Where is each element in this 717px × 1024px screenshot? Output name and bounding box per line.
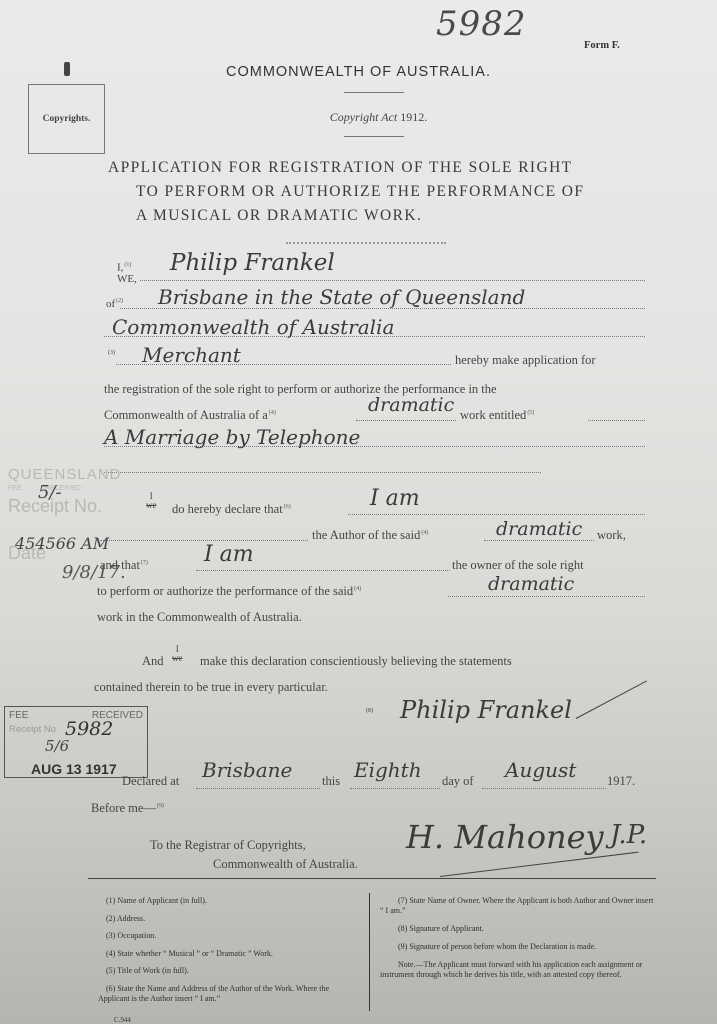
address-field-line-2[interactable]: Commonwealth of Australia: [112, 315, 394, 339]
declared-month-field[interactable]: August: [505, 758, 576, 782]
text-do-hereby-declare: do hereby declare that(6): [172, 502, 292, 517]
text-this: this: [322, 774, 340, 789]
occupation-footnote-mark: (3): [108, 350, 115, 356]
declared-place-field[interactable]: Brisbane: [202, 758, 292, 782]
form-code: C.944: [114, 1016, 131, 1024]
application-title-line: APPLICATION FOR REGISTRATION OF THE SOLE…: [108, 156, 648, 180]
note-item: Note.—The Applicant must forward with hi…: [380, 960, 656, 980]
text-and-that: and that(7): [100, 558, 149, 573]
author-work-kind-field[interactable]: dramatic: [496, 518, 582, 540]
author-line-a: [100, 540, 308, 541]
note-item: (2) Address.: [98, 914, 360, 924]
witness-title: J.P.: [610, 820, 647, 850]
notes-divider: [88, 878, 656, 879]
notes-column-divider: [369, 893, 370, 1011]
name-line: [140, 280, 645, 281]
signature-flourish: [576, 681, 647, 719]
applicant-label: I,(1) WE,: [117, 260, 137, 285]
work-title-field[interactable]: A Marriage by Telephone: [104, 425, 360, 449]
day-line: [350, 788, 440, 789]
stamp-title: QUEENSLAND: [8, 466, 126, 483]
application-title-line: TO PERFORM OR AUTHORIZE THE PERFORMANCE …: [108, 180, 648, 204]
stamp-fee-value: 5/-: [38, 482, 62, 503]
act-year: 1912.: [400, 110, 427, 124]
text-hereby: hereby make application for: [455, 353, 596, 368]
owner-field[interactable]: I am: [204, 542, 254, 567]
text-declared-at: Declared at: [122, 774, 179, 789]
author-kind-line: [484, 540, 594, 541]
belief-pronoun: I we: [172, 645, 183, 663]
text-before-me: Before me—(9): [91, 801, 165, 816]
text-work-comma: work,: [597, 528, 626, 543]
text-contained: contained therein to be true in every pa…: [94, 680, 328, 695]
divider: [344, 92, 404, 93]
act-title: Copyright Act 1912.: [0, 110, 717, 125]
application-title-line: A MUSICAL OR DRAMATIC WORK.: [108, 204, 648, 228]
divider: [344, 136, 404, 137]
note-item: (6) State the Name and Address of the Au…: [98, 984, 360, 1004]
text-work-entitled: work entitled(5): [460, 408, 535, 423]
note-item: (3) Occupation.: [98, 931, 360, 941]
perform-kind-line: [448, 596, 645, 597]
document-number: 5982: [436, 4, 527, 44]
declared-year: 1917.: [607, 774, 635, 789]
title-line-a: [588, 420, 645, 421]
decorative-rule: [286, 242, 446, 244]
stamp-receipt-value: 454566 AM: [15, 534, 109, 553]
applicant-name-field[interactable]: Philip Frankel: [170, 250, 335, 276]
notes-right-column: (7) State Name of Owner. Where the Appli…: [380, 896, 656, 988]
stamp-date: AUG 13 1917: [31, 761, 117, 777]
application-title: APPLICATION FOR REGISTRATION OF THE SOLE…: [108, 156, 648, 228]
stamp-fee-label: FEE: [9, 710, 28, 721]
author-field[interactable]: I am: [370, 486, 420, 511]
stamp-sub-value: 5/6: [45, 737, 69, 755]
stamp-receipt-number: 5982: [65, 718, 113, 740]
form-label: Form F.: [584, 40, 620, 51]
stamp-fee-row: FEE RECEIVED: [8, 485, 126, 492]
text-author: the Author of the said(4): [312, 528, 429, 543]
title-line-c: [104, 472, 541, 473]
text-to-perform: to perform or authorize the performance …: [97, 584, 362, 599]
work-kind-field[interactable]: dramatic: [368, 394, 454, 416]
stamp-receipt-label: Receipt No: [9, 724, 56, 735]
month-line: [482, 788, 606, 789]
act-name: Copyright Act: [330, 110, 397, 124]
witness-signature[interactable]: H. Mahoney: [406, 818, 604, 856]
text-work-in: work in the Commonwealth of Australia.: [97, 610, 302, 625]
text-and: And: [142, 654, 164, 669]
work-kind-line: [356, 420, 456, 421]
declare-line: [348, 514, 645, 515]
note-item: (1) Name of Applicant (in full).: [98, 896, 360, 906]
text-owner: the owner of the sole right: [452, 558, 584, 573]
main-title: COMMONWEALTH OF AUSTRALIA.: [0, 64, 717, 80]
address-field-line-1[interactable]: Brisbane in the State of Queensland: [158, 285, 525, 309]
declared-day-field[interactable]: Eighth: [354, 758, 422, 782]
address-label: of(2): [106, 298, 124, 310]
signature-footnote-mark: (8): [366, 708, 373, 714]
fee-received-stamp: FEE RECEIVED Receipt No 5982 5/6 AUG 13 …: [4, 706, 148, 778]
note-item: (9) Signature of person before whom the …: [380, 942, 656, 952]
stamp-receipt-label: Receipt No.: [8, 496, 126, 517]
note-item: (7) State Name of Owner. Where the Appli…: [380, 896, 656, 916]
place-line: [196, 788, 320, 789]
declare-pronoun: I we: [146, 492, 157, 510]
perform-work-kind-field[interactable]: dramatic: [488, 573, 574, 595]
text-registrar-commonwealth: Commonwealth of Australia.: [213, 857, 358, 872]
text-make-declaration: make this declaration conscientiously be…: [200, 654, 650, 669]
text-to-registrar: To the Registrar of Copyrights,: [150, 838, 306, 853]
owner-line: [196, 570, 450, 571]
note-item: (4) State whether “ Musical ” or “ Drama…: [98, 949, 360, 959]
text-commonwealth-of: Commonwealth of Australia of a(4): [104, 408, 277, 423]
text-day-of: day of: [442, 774, 474, 789]
note-item: (8) Signature of Applicant.: [380, 924, 656, 934]
occupation-field[interactable]: Merchant: [142, 343, 241, 367]
note-item: (5) Title of Work (in full).: [98, 966, 360, 976]
applicant-signature[interactable]: Philip Frankel: [400, 696, 572, 724]
notes-left-column: (1) Name of Applicant (in full). (2) Add…: [98, 896, 360, 1011]
